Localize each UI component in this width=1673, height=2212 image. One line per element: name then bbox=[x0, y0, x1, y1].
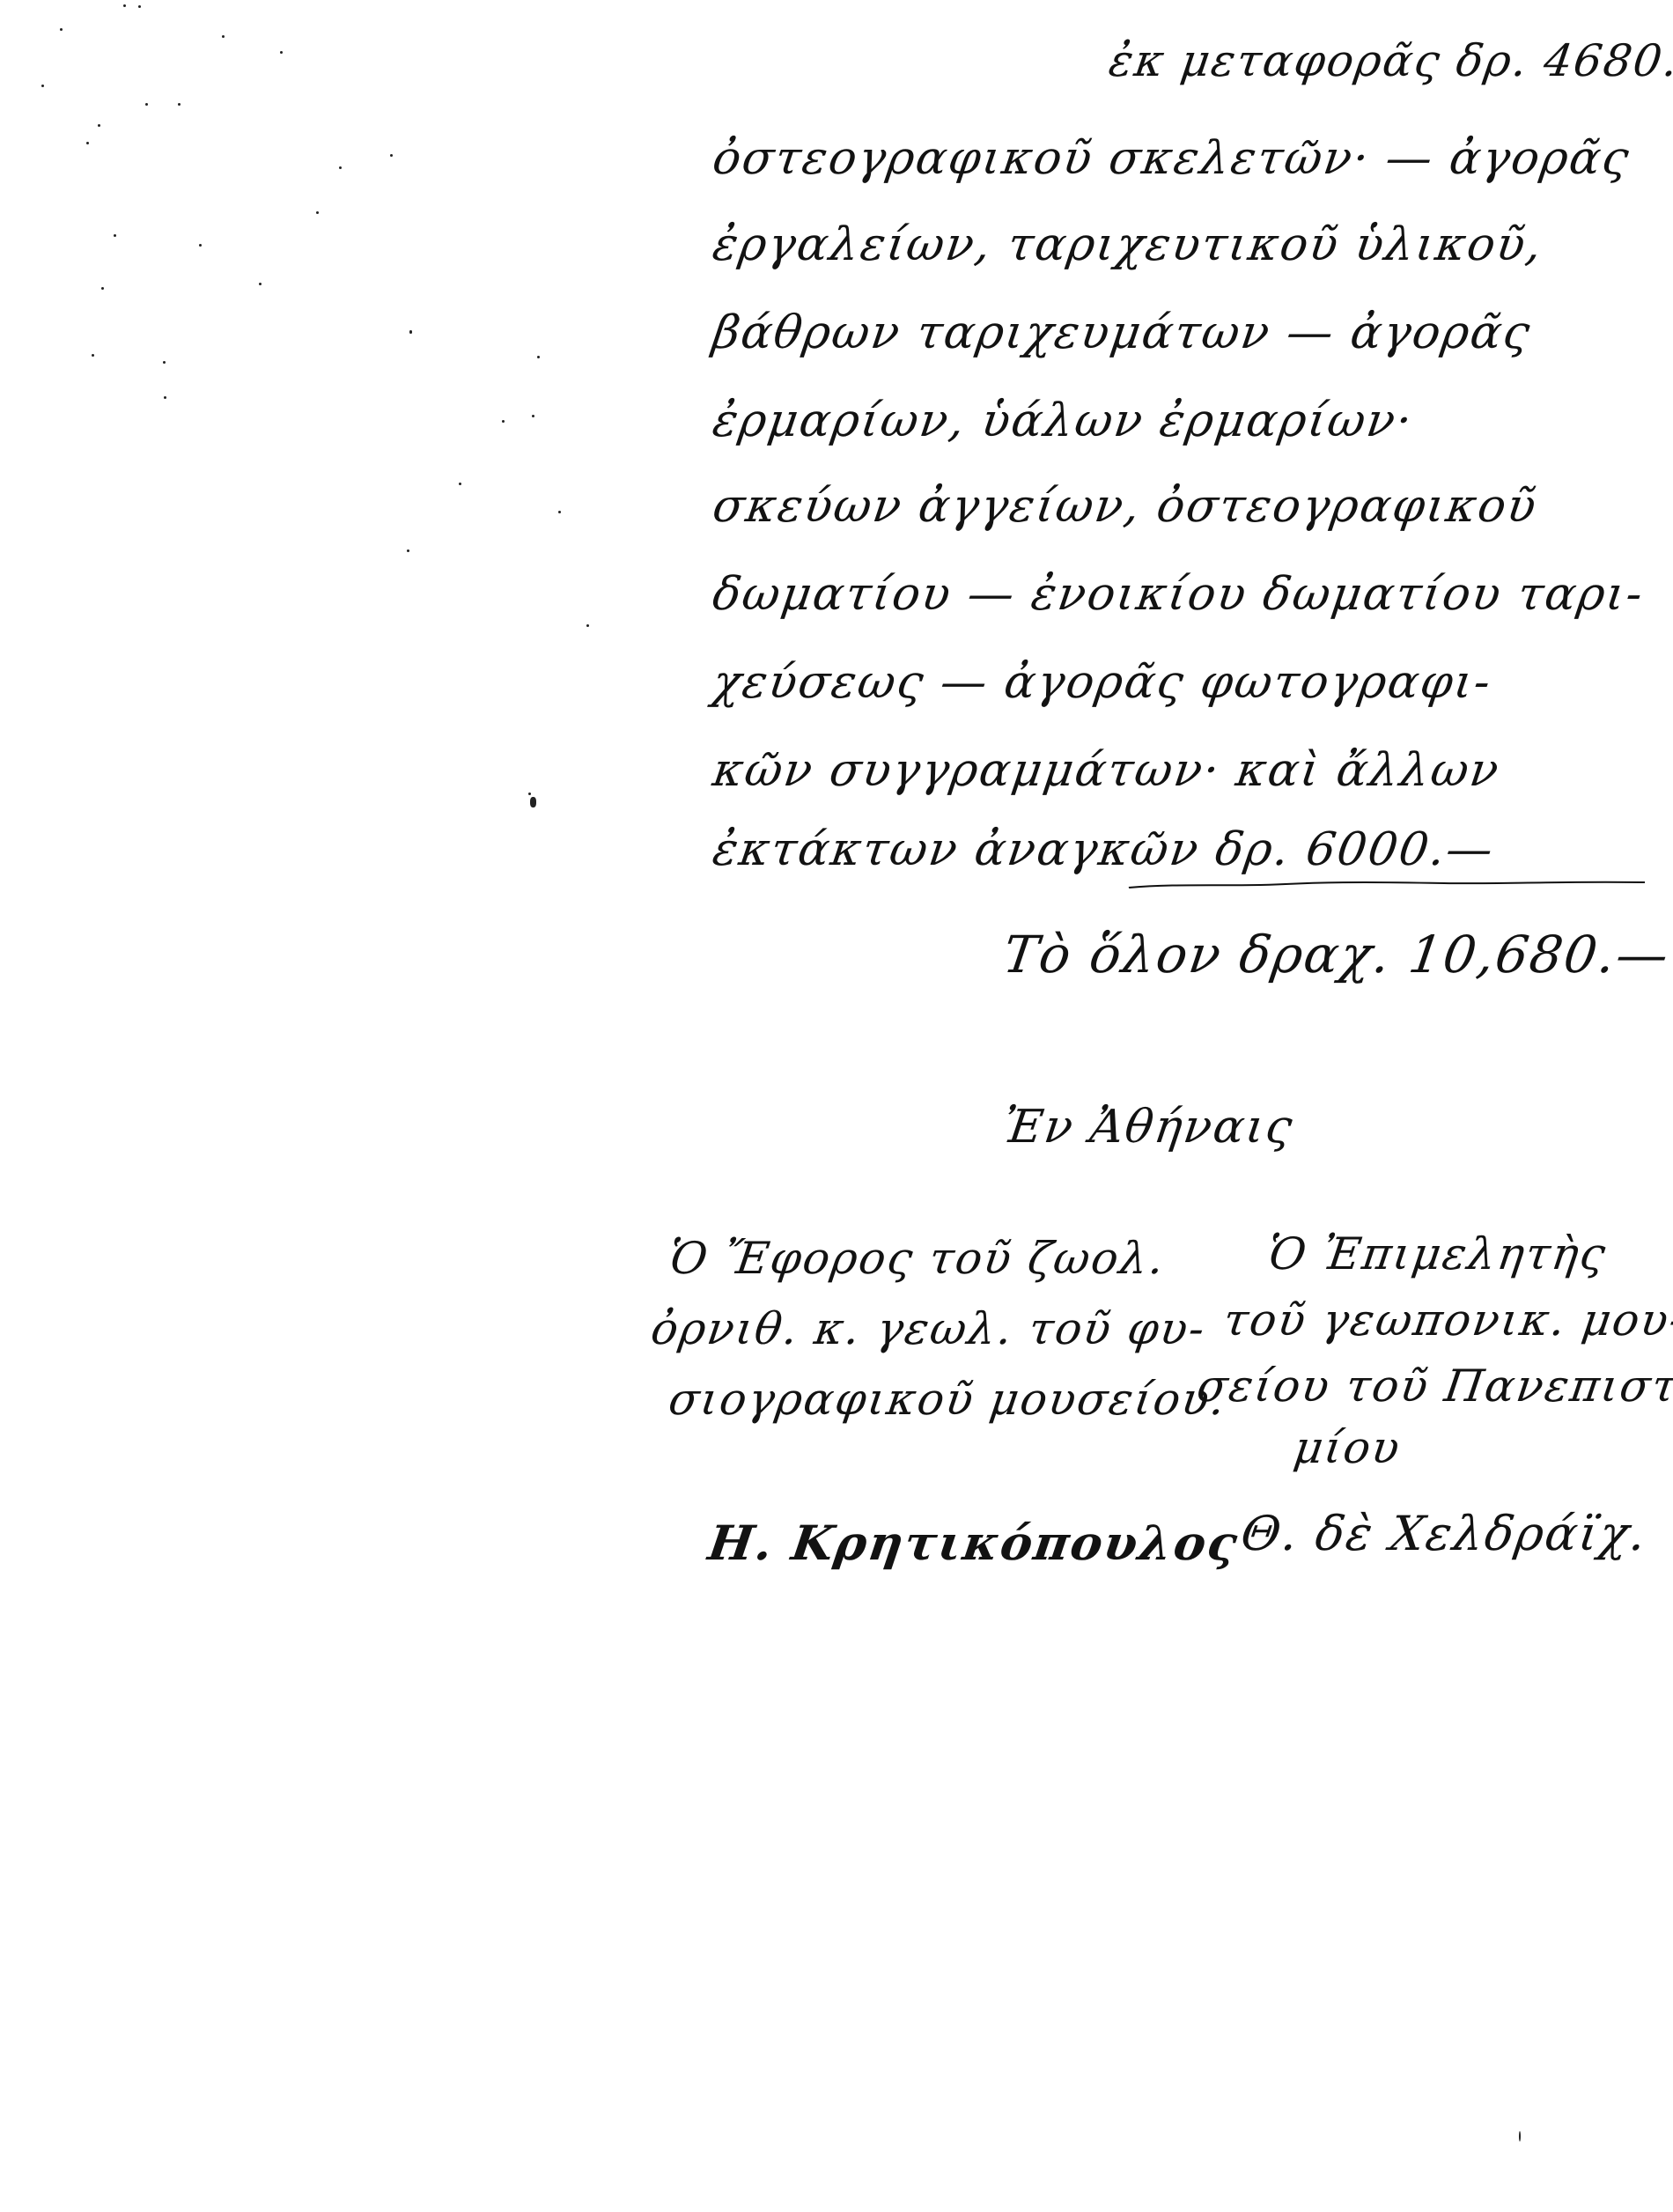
scan-speck bbox=[459, 483, 461, 485]
body-line-7: χεύσεως — ἀγορᾶς φωτογραφι- bbox=[710, 656, 1495, 709]
body-line-3: βάθρων ταριχευμάτων — ἀγορᾶς bbox=[710, 306, 1535, 359]
scanned-document-page: ἐκ μεταφορᾶς δρ. 4680.— ὀστεογραφικοῦ σκ… bbox=[0, 0, 1673, 2212]
scan-speck bbox=[98, 124, 100, 127]
scan-speck bbox=[222, 35, 225, 38]
body-line-4: ἐρμαρίων, ὑάλων ἐρμαρίων· bbox=[710, 394, 1417, 447]
scan-speck bbox=[1519, 2131, 1521, 2142]
scan-speck bbox=[502, 420, 505, 423]
scan-speck bbox=[280, 51, 283, 54]
body-line-6: δωματίου — ἐνοικίου δωματίου ταρι- bbox=[710, 568, 1647, 621]
scan-speck bbox=[123, 4, 126, 7]
body-line-2: ἐργαλείων, ταριχευτικοῦ ὑλικοῦ, bbox=[710, 218, 1547, 271]
scan-speck bbox=[178, 103, 181, 106]
scan-speck bbox=[101, 287, 104, 290]
scan-speck bbox=[409, 330, 412, 333]
signatory-2-title-line-3: σείου τοῦ Πανεπιστη- bbox=[1194, 1360, 1673, 1412]
scan-speck bbox=[259, 283, 262, 285]
body-line-5: σκεύων ἀγγείων, ὀστεογραφικοῦ bbox=[710, 480, 1541, 533]
body-line-1: ὀστεογραφικοῦ σκελετῶν· — ἀγορᾶς bbox=[710, 132, 1633, 185]
place-line: Ἐν Ἀθήναις bbox=[1000, 1101, 1297, 1154]
signatory-1-title-line-3: σιογραφικοῦ μουσείου. bbox=[666, 1374, 1230, 1425]
scan-speck bbox=[60, 28, 63, 31]
scan-speck bbox=[86, 142, 89, 144]
scan-speck bbox=[138, 5, 141, 8]
scan-speck bbox=[92, 354, 94, 357]
scan-speck bbox=[145, 103, 148, 106]
scan-speck bbox=[390, 154, 393, 157]
scan-speck bbox=[532, 415, 534, 417]
scan-speck bbox=[41, 85, 44, 87]
scan-speck bbox=[339, 166, 342, 169]
scan-speck bbox=[316, 211, 319, 214]
scan-speck bbox=[528, 793, 531, 795]
scan-speck bbox=[163, 361, 166, 364]
scan-speck bbox=[114, 234, 116, 237]
scan-speck bbox=[558, 511, 561, 513]
carried-forward-line: ἐκ μεταφορᾶς δρ. 4680.— bbox=[1106, 35, 1673, 86]
signatory-1-title-line-1: Ὁ Ἔφορος τοῦ ζωολ. bbox=[666, 1233, 1169, 1284]
signatory-2-title-line-2: τοῦ γεωπονικ. μου- bbox=[1220, 1294, 1673, 1346]
sum-underline bbox=[1127, 881, 1647, 889]
scan-speck bbox=[537, 356, 540, 358]
total-line: Τὸ ὅλον δραχ. 10,680.— bbox=[999, 925, 1673, 984]
signatory-1-title-line-2: ὀρνιθ. κ. γεωλ. τοῦ φυ- bbox=[648, 1303, 1209, 1354]
carried-forward-text: ἐκ μεταφορᾶς δρ. 4680.— bbox=[1106, 35, 1673, 86]
signatory-2-title-line-4: μίου bbox=[1291, 1422, 1404, 1473]
scan-speck bbox=[586, 624, 589, 627]
signature-2: Θ. δὲ Χελδράϊχ. bbox=[1238, 1506, 1652, 1561]
body-line-9-amount: ἐκτάκτων ἀναγκῶν δρ. 6000.— bbox=[710, 823, 1498, 876]
scan-speck bbox=[164, 396, 166, 399]
scan-speck bbox=[407, 549, 409, 552]
body-line-8: κῶν συγγραμμάτων· καὶ ἄλλων bbox=[710, 744, 1504, 797]
signatory-2-title-line-1: Ὁ Ἐπιμελητὴς bbox=[1264, 1228, 1610, 1279]
scan-blot bbox=[530, 797, 536, 807]
scan-speck bbox=[199, 244, 202, 247]
signature-1: Η. Κρητικόπουλος bbox=[705, 1515, 1242, 1571]
